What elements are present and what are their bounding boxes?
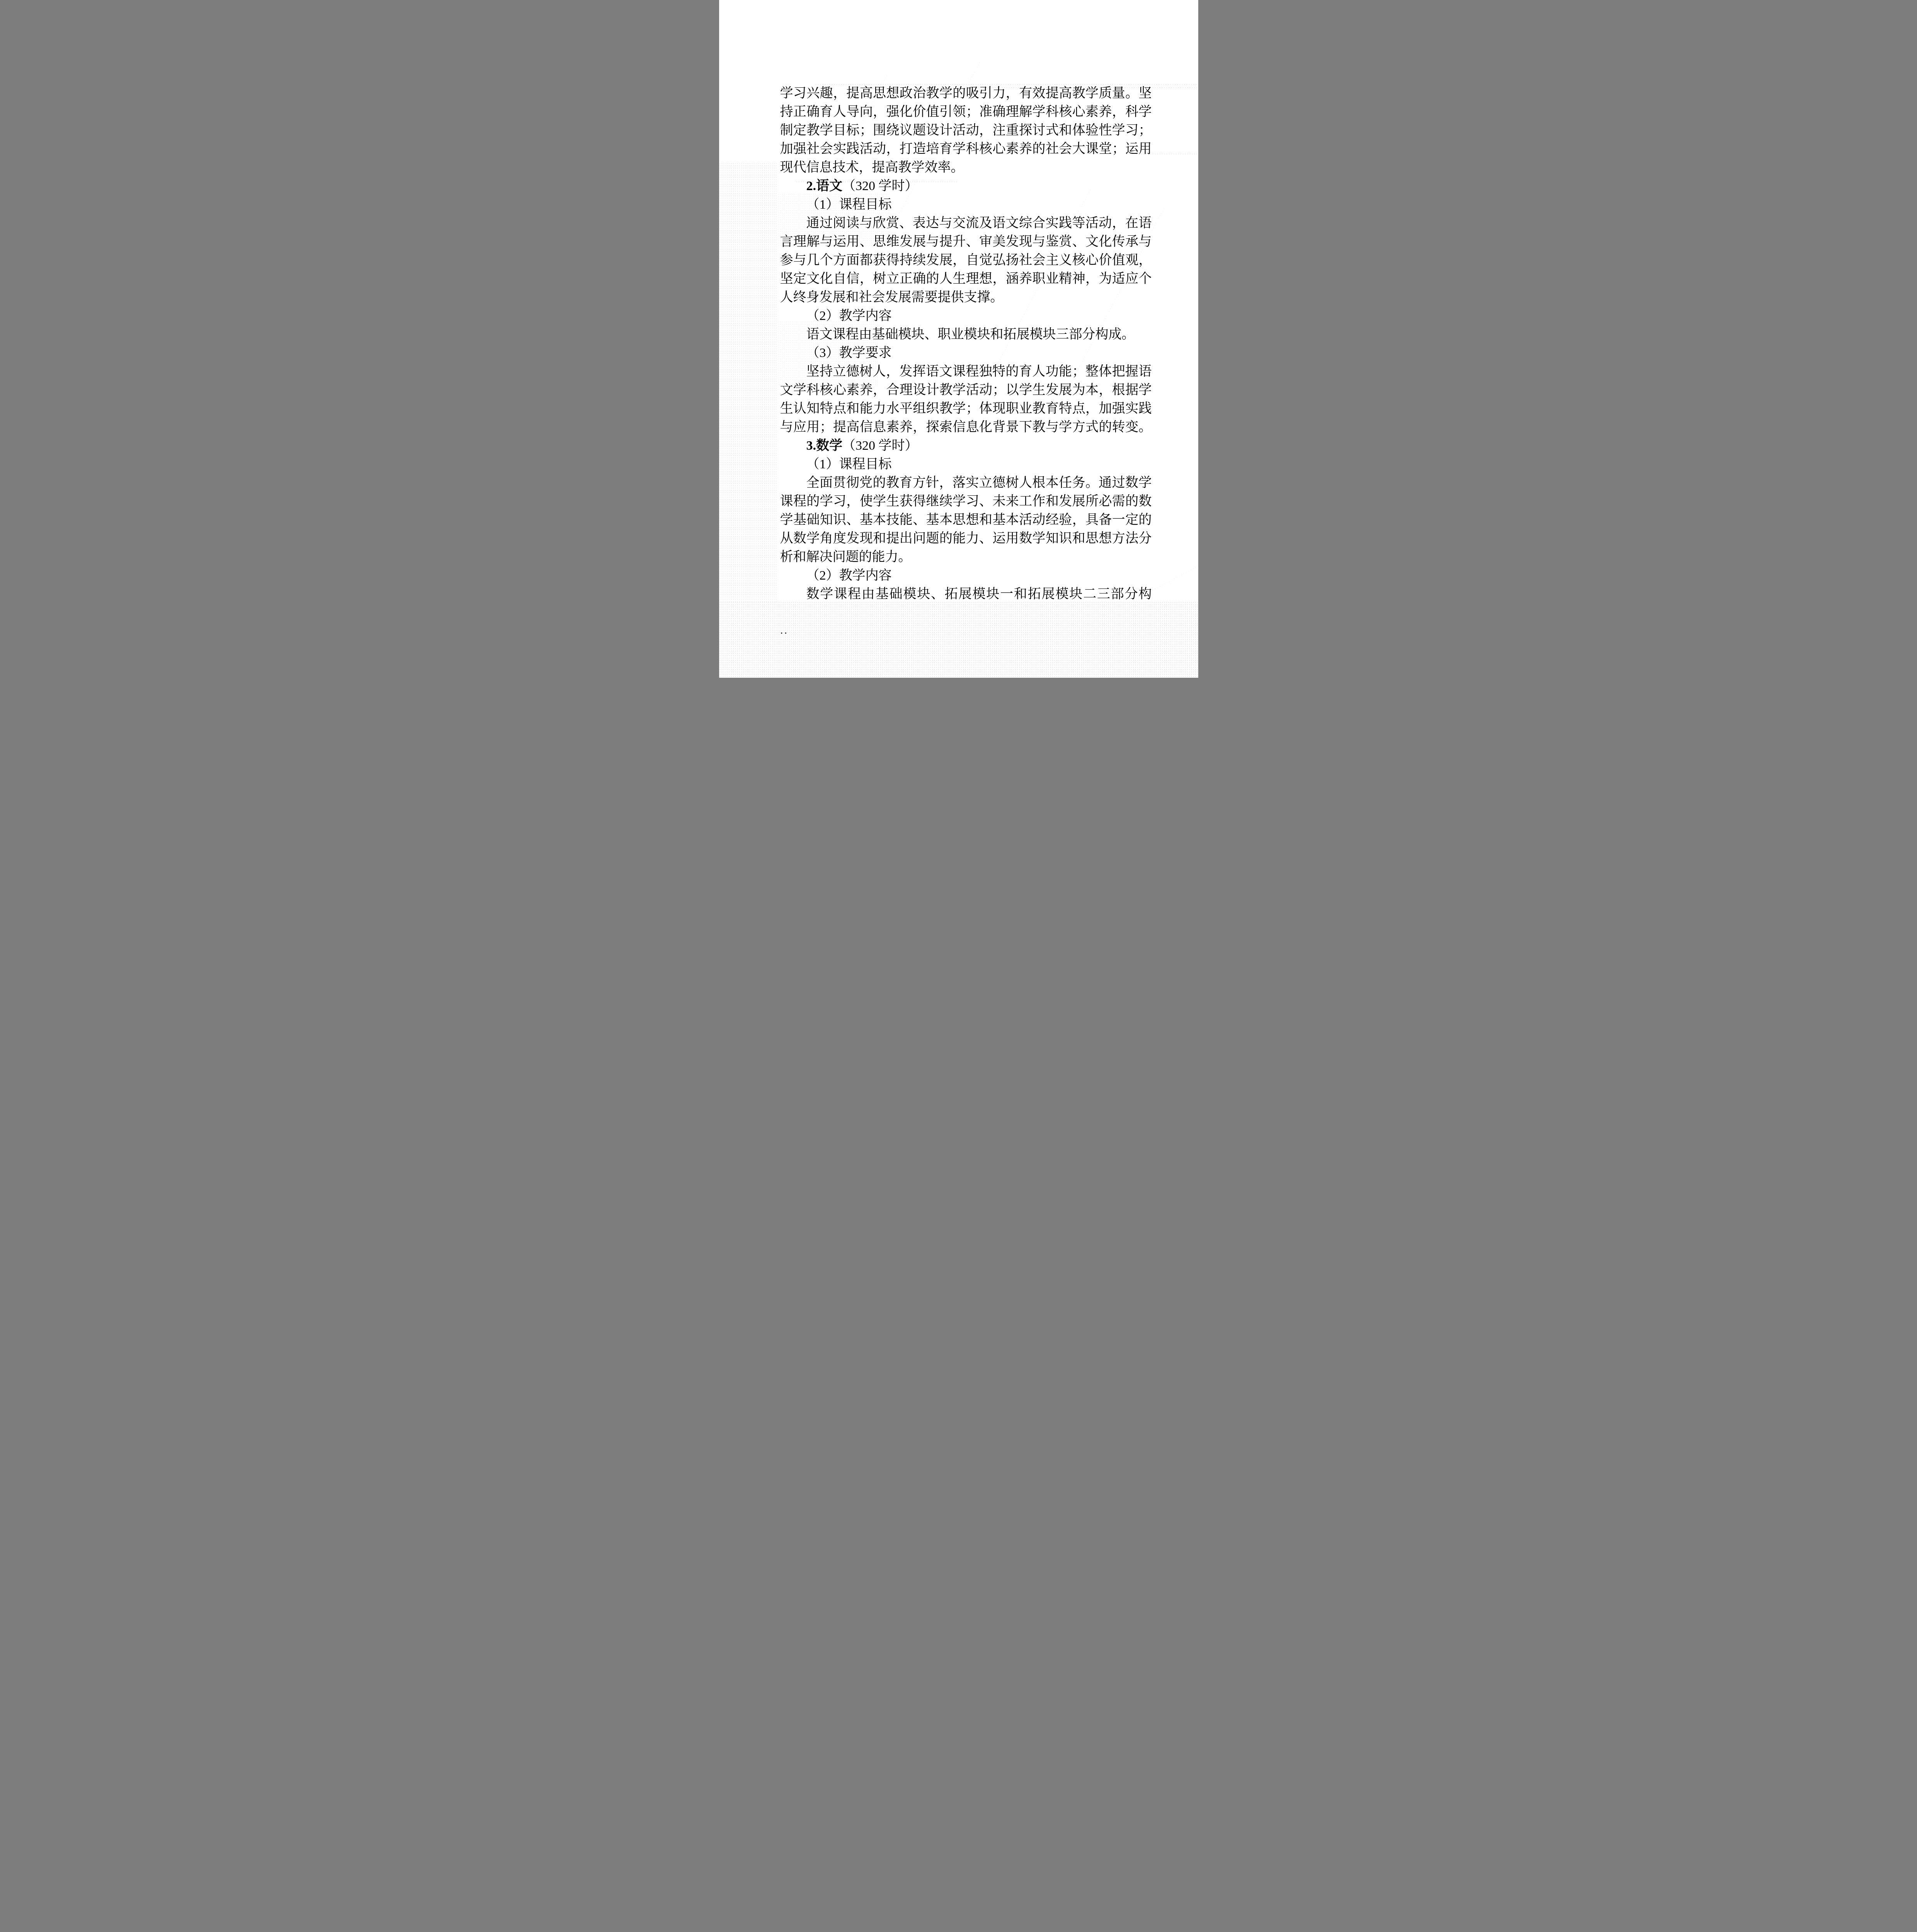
text-line: 3.数学（320 学时） [780, 437, 1152, 455]
body-text: 持正确育人导向，强化价值引领；准确理解学科核心素养，科学 [780, 105, 1152, 119]
body-text: 文学科核心素养，合理设计教学活动；以学生发展为本，根据学 [780, 383, 1152, 397]
body-text: 通过阅读与欣赏、表达与交流及语文综合实践等活动，在语 [806, 216, 1152, 230]
text-line: 析和解决问题的能力。 [780, 548, 1152, 566]
body-text: 言理解与运用、思维发展与提升、审美发现与鉴赏、文化传承与 [780, 235, 1152, 249]
heading-text: 3.数学 [806, 439, 843, 453]
body-text: 从数学角度发现和提出问题的能力、运用数学知识和思想方法分 [780, 531, 1152, 546]
text-line: 与应用；提高信息素养，探索信息化背景下教与学方式的转变。 [780, 418, 1152, 437]
text-line: （3）教学要求 [780, 344, 1152, 362]
body-text: （1）课程目标 [806, 457, 892, 471]
body-text: 现代信息技术，提高教学效率。 [780, 160, 964, 175]
text-line: 2.语文（320 学时） [780, 177, 1152, 196]
text-line: （2）教学内容 [780, 566, 1152, 585]
text-line: 数学课程由基础模块、拓展模块一和拓展模块二三部分构 [780, 585, 1152, 604]
body-text: （1）课程目标 [806, 197, 892, 212]
text-line: 通过阅读与欣赏、表达与交流及语文综合实践等活动，在语 [780, 214, 1152, 233]
text-line: （1）课程目标 [780, 455, 1152, 474]
text-line: 学基础知识、基本技能、基本思想和基本活动经验，具备一定的 [780, 511, 1152, 529]
text-line: 文学科核心素养，合理设计教学活动；以学生发展为本，根据学 [780, 381, 1152, 400]
body-text: 学基础知识、基本技能、基本思想和基本活动经验，具备一定的 [780, 513, 1152, 527]
body-text: 语文课程由基础模块、职业模块和拓展模块三部分构成。 [806, 327, 1135, 342]
body-text: 参与几个方面都获得持续发展，自觉弘扬社会主义核心价值观， [780, 253, 1152, 267]
scan-noise-left-margin [719, 162, 778, 603]
body-text: 课程的学习，使学生获得继续学习、未来工作和发展所必需的数 [780, 494, 1152, 509]
text-line: 生认知特点和能力水平组织教学；体现职业教育特点，加强实践 [780, 400, 1152, 418]
text-line: 坚持立德树人，发挥语文课程独特的育人功能；整体把握语 [780, 362, 1152, 381]
text-block: 学习兴趣，提高思想政治教学的吸引力，有效提高教学质量。坚持正确育人导向，强化价值… [780, 84, 1152, 604]
body-text: 数学课程由基础模块、拓展模块一和拓展模块二三部分构 [806, 587, 1152, 601]
body-text: 学习兴趣，提高思想政治教学的吸引力，有效提高教学质量。坚 [780, 86, 1152, 100]
body-text: 坚持立德树人，发挥语文课程独特的育人功能；整体把握语 [806, 364, 1152, 379]
text-line: 课程的学习，使学生获得继续学习、未来工作和发展所必需的数 [780, 492, 1152, 511]
text-line: 现代信息技术，提高教学效率。 [780, 158, 1152, 177]
text-line: 加强社会实践活动，打造培育学科核心素养的社会大课堂；运用 [780, 140, 1152, 158]
text-line: 坚定文化自信，树立正确的人生理想，涵养职业精神，为适应个 [780, 270, 1152, 288]
body-text: 加强社会实践活动，打造培育学科核心素养的社会大课堂；运用 [780, 142, 1152, 156]
body-text: （3）教学要求 [806, 346, 892, 360]
body-text: （320 学时） [842, 179, 918, 193]
ink-dots-mark: •• [781, 631, 789, 636]
document-page: 学习兴趣，提高思想政治教学的吸引力，有效提高教学质量。坚持正确育人导向，强化价值… [719, 0, 1198, 678]
heading-text: 2.语文 [806, 179, 843, 193]
body-text: （320 学时） [842, 439, 918, 453]
body-text: 人终身发展和社会发展需要提供支撑。 [780, 290, 1004, 304]
body-text: 全面贯彻党的教育方针，落实立德树人根本任务。通过数学 [806, 476, 1152, 490]
text-line: 语文课程由基础模块、职业模块和拓展模块三部分构成。 [780, 325, 1152, 344]
text-line: 全面贯彻党的教育方针，落实立德树人根本任务。通过数学 [780, 474, 1152, 492]
text-line: 言理解与运用、思维发展与提升、审美发现与鉴赏、文化传承与 [780, 233, 1152, 251]
body-text: 析和解决问题的能力。 [780, 550, 912, 564]
text-line: 参与几个方面都获得持续发展，自觉弘扬社会主义核心价值观， [780, 251, 1152, 270]
body-text: 与应用；提高信息素养，探索信息化背景下教与学方式的转变。 [780, 420, 1152, 434]
text-line: 持正确育人导向，强化价值引领；准确理解学科核心素养，科学 [780, 103, 1152, 121]
text-line: 从数学角度发现和提出问题的能力、运用数学知识和思想方法分 [780, 529, 1152, 548]
body-text: 坚定文化自信，树立正确的人生理想，涵养职业精神，为适应个 [780, 272, 1152, 286]
text-line: 学习兴趣，提高思想政治教学的吸引力，有效提高教学质量。坚 [780, 84, 1152, 103]
scan-noise-bottom [719, 601, 1198, 678]
text-line: （2）教学内容 [780, 307, 1152, 325]
body-text: （2）教学内容 [806, 568, 892, 583]
text-line: 制定教学目标；围绕议题设计活动，注重探讨式和体验性学习； [780, 121, 1152, 140]
body-text: （2）教学内容 [806, 309, 892, 323]
body-text: 制定教学目标；围绕议题设计活动，注重探讨式和体验性学习； [780, 123, 1152, 138]
text-line: （1）课程目标 [780, 196, 1152, 214]
body-text: 生认知特点和能力水平组织教学；体现职业教育特点，加强实践 [780, 401, 1152, 416]
text-line: 人终身发展和社会发展需要提供支撑。 [780, 288, 1152, 307]
